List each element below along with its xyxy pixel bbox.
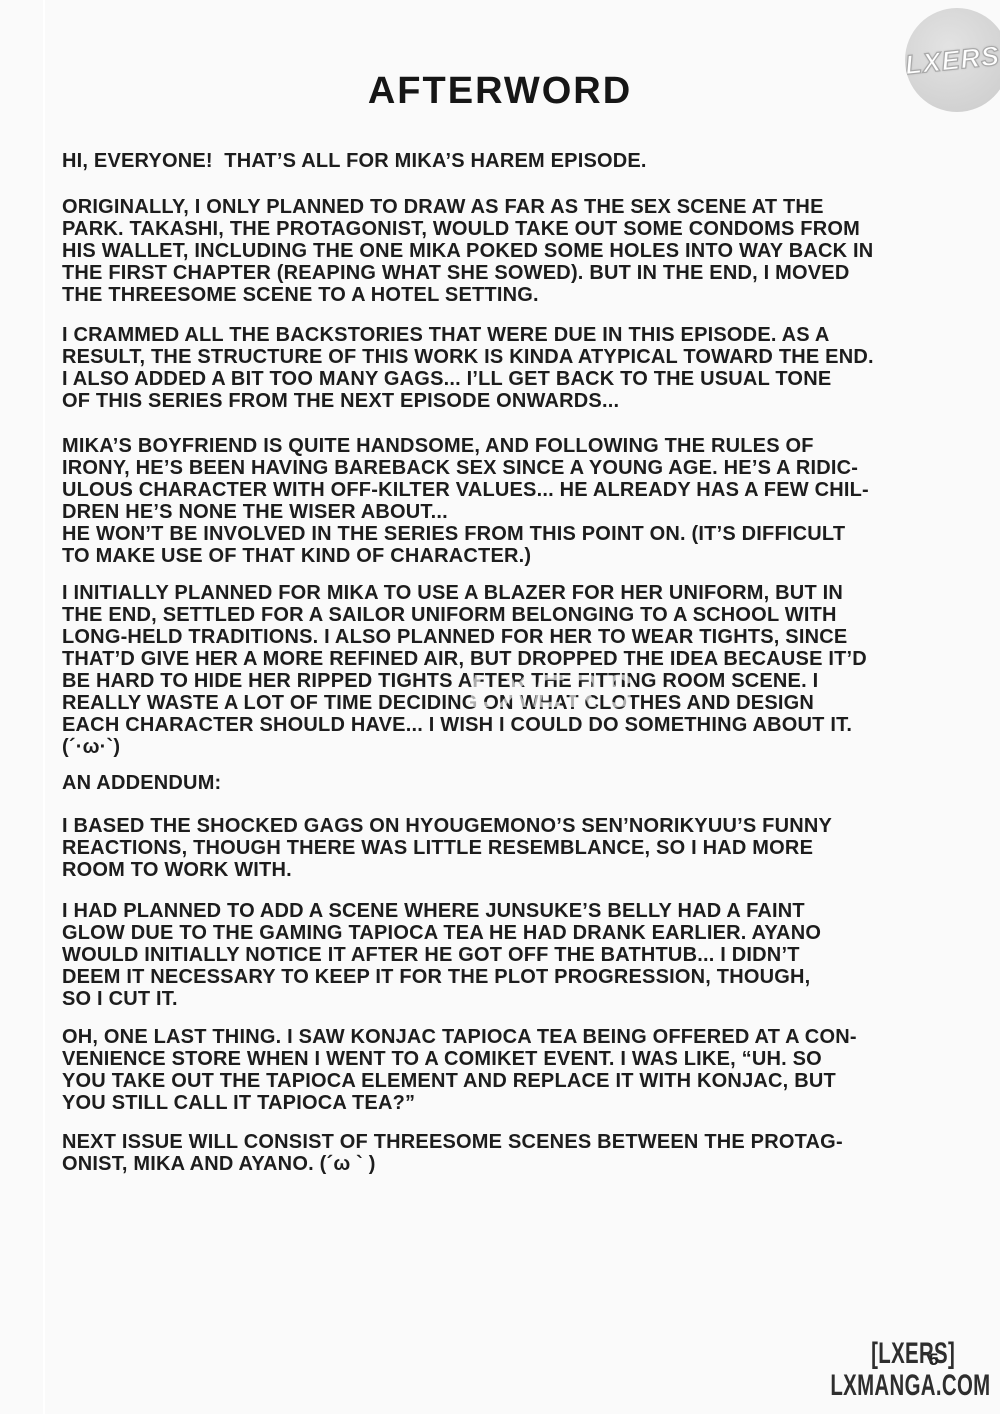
manga-afterword-page: LXERS AFTERWORD HI, EVERYONE! THAT’S ALL… (0, 0, 1000, 1414)
page-number: 5 (929, 1350, 938, 1370)
paragraph-addendum-basis: I BASED THE SHOCKED GAGS ON HYOUGEMONO’S… (62, 815, 832, 881)
page-title: AFTERWORD (0, 70, 1000, 113)
heading-addendum: AN ADDENDUM: (62, 772, 221, 794)
paragraph-next-issue: NEXT ISSUE WILL CONSIST OF THREESOME SCE… (62, 1131, 843, 1175)
paragraph-konjac: OH, ONE LAST THING. I SAW KONJAC TAPIOCA… (62, 1026, 857, 1114)
paragraph-original-plan: ORIGINALLY, I ONLY PLANNED TO DRAW AS FA… (62, 196, 873, 306)
paragraph-backstories: I CRAMMED ALL THE BACKSTORIES THAT WERE … (62, 324, 874, 412)
paragraph-greeting: HI, EVERYONE! THAT’S ALL FOR MIKA’S HARE… (62, 150, 647, 172)
paragraph-boyfriend: MIKA’S BOYFRIEND IS QUITE HANDSOME, AND … (62, 435, 869, 567)
footer-watermark: [LXERS] LXMANGA.COM (830, 1338, 990, 1402)
paragraph-cut-scene: I HAD PLANNED TO ADD A SCENE WHERE JUNSU… (62, 900, 821, 1010)
paragraph-uniform: I INITIALLY PLANNED FOR MIKA TO USE A BL… (62, 582, 867, 758)
footer-watermark-line1: [LXERS] (830, 1338, 990, 1370)
footer-watermark-line2: LXMANGA.COM (830, 1370, 990, 1402)
